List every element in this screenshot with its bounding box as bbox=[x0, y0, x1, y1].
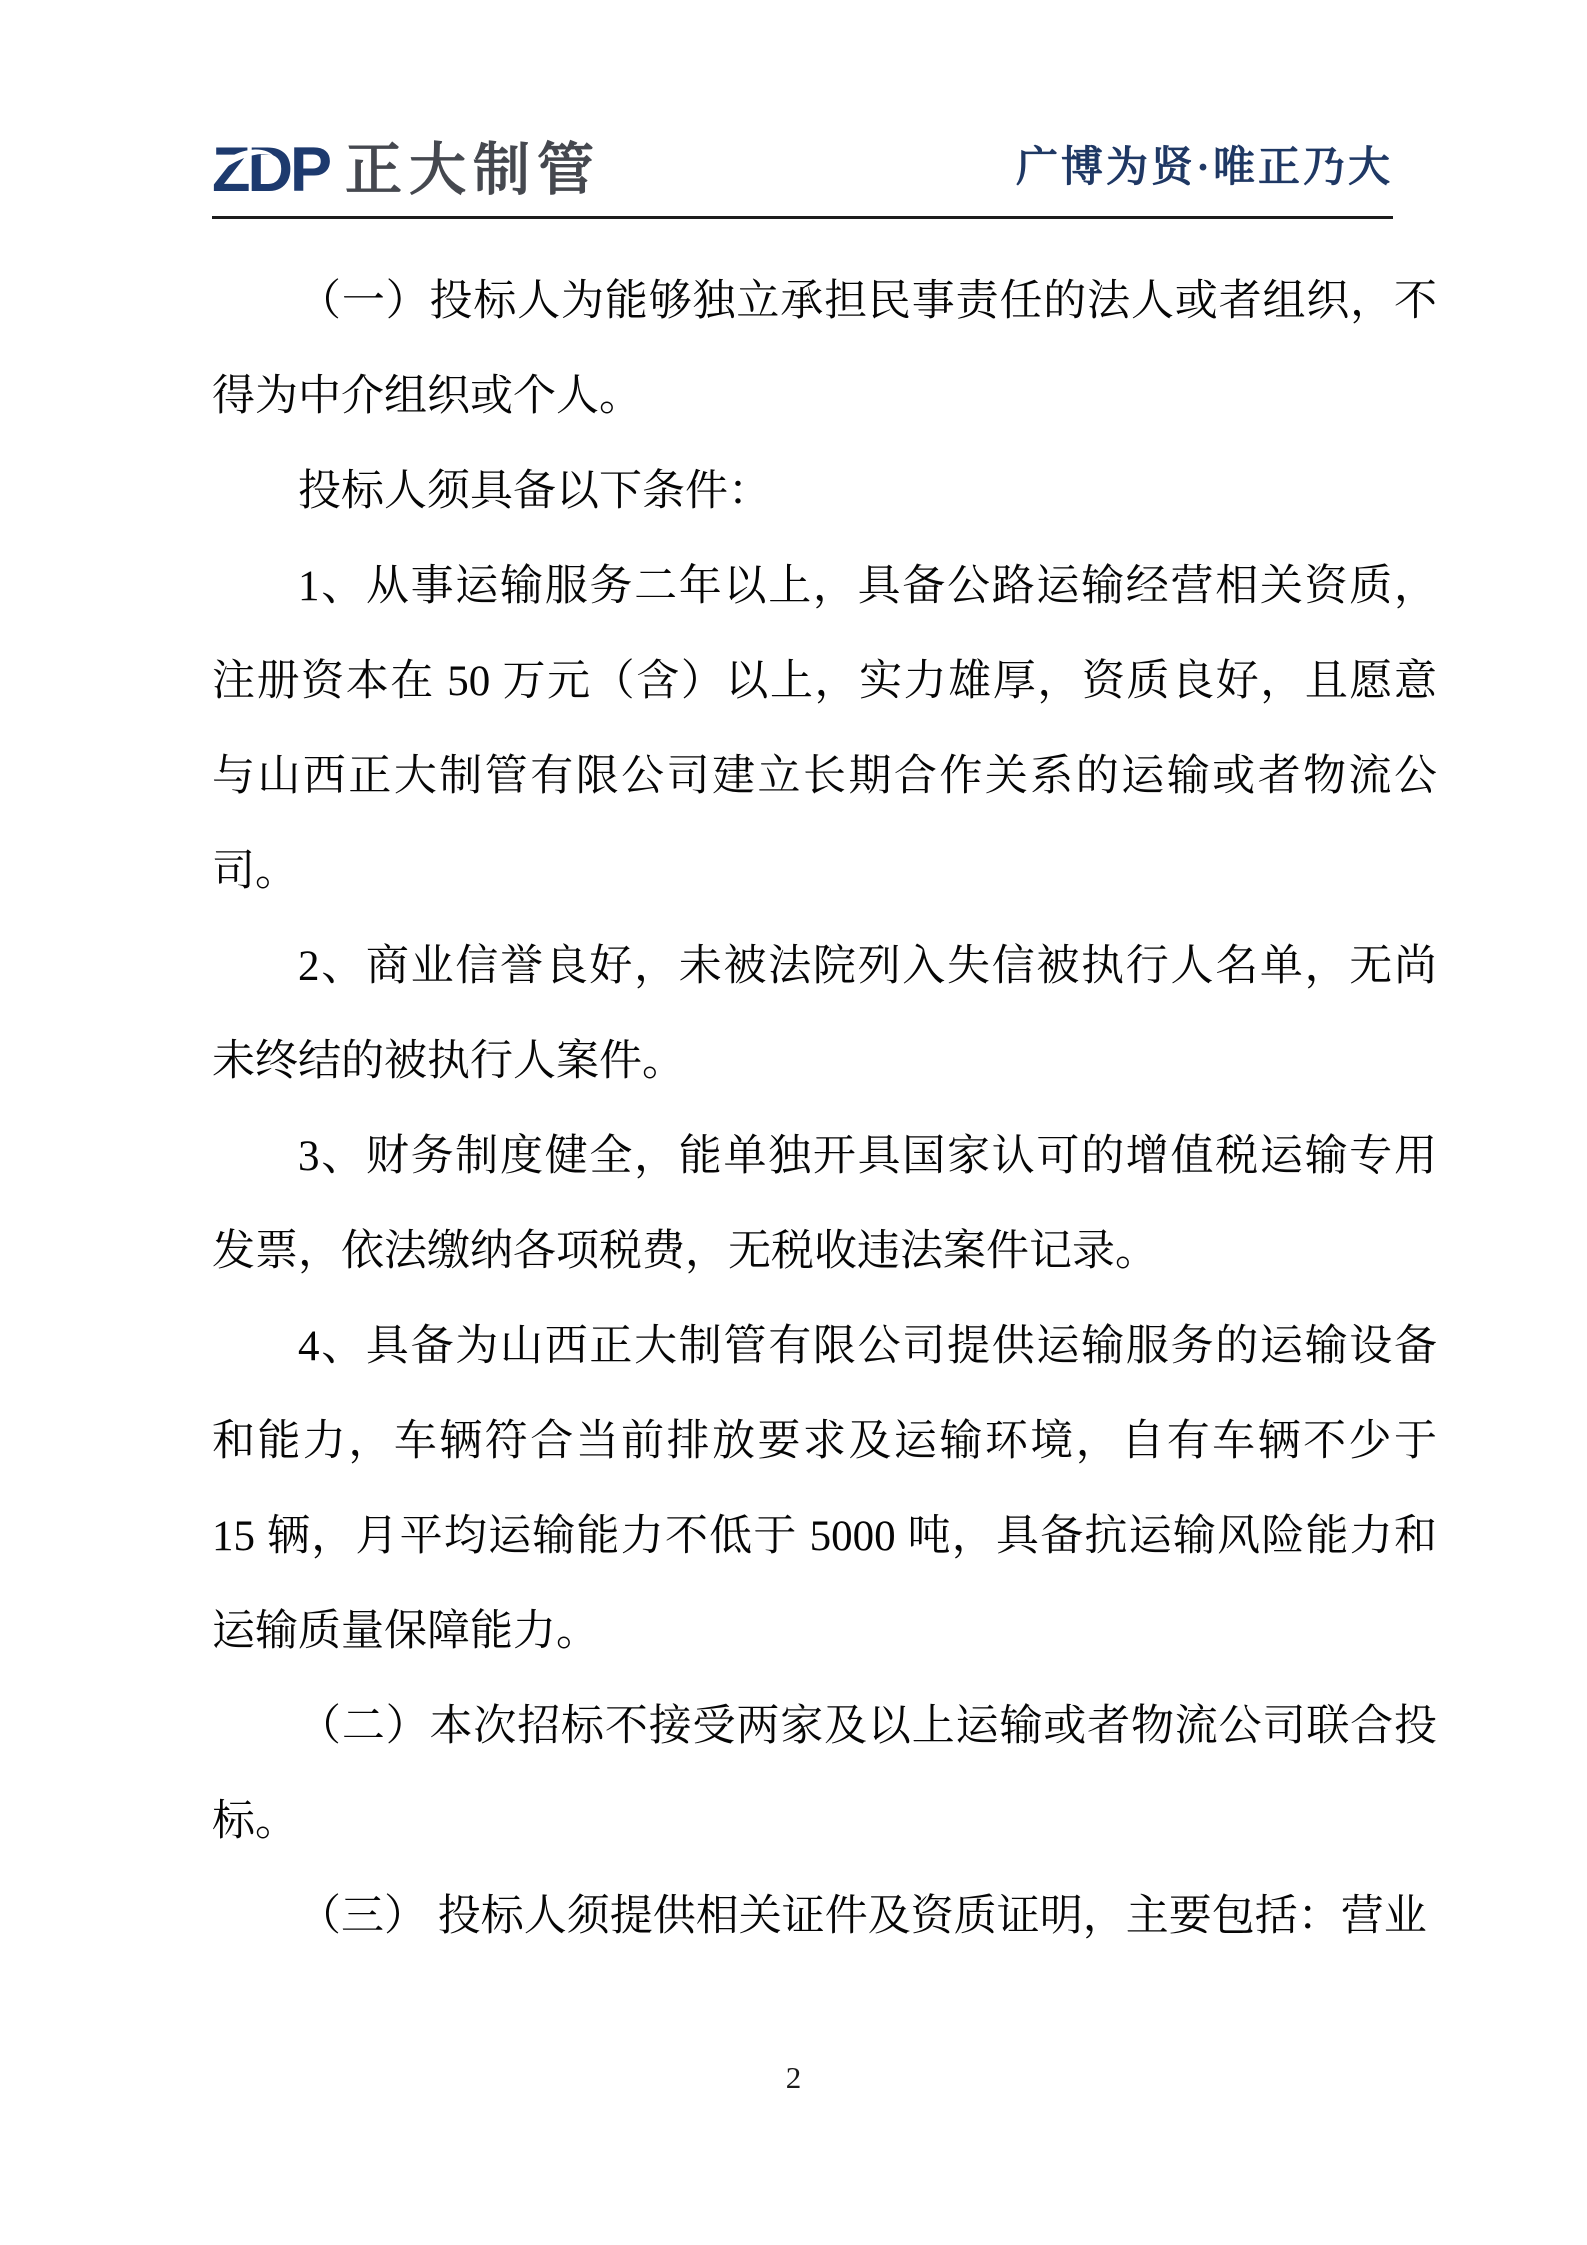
paragraph: 投标人须具备以下条件： bbox=[212, 444, 1437, 539]
text-line: 司。 bbox=[212, 824, 1437, 919]
text-line: 注册资本在 50 万元（含）以上，实力雄厚，资质良好，且愿意 bbox=[212, 634, 1437, 729]
text-line: （一）投标人为能够独立承担民事责任的法人或者组织，不 bbox=[212, 254, 1437, 349]
page-header: ZDP 正大制管 广博为贤·唯正乃大 bbox=[212, 134, 1393, 219]
company-logo: ZDP 正大制管 bbox=[212, 139, 601, 202]
paragraph: （三） 投标人须提供相关证件及资质证明，主要包括：营业 bbox=[212, 1869, 1437, 1964]
text-line: 3、财务制度健全，能单独开具国家认可的增值税运输专用 bbox=[212, 1109, 1437, 1204]
paragraph: （一）投标人为能够独立承担民事责任的法人或者组织，不得为中介组织或个人。 bbox=[212, 254, 1437, 444]
logo-mark: ZDP bbox=[212, 139, 329, 202]
text-line: 与山西正大制管有限公司建立长期合作关系的运输或者物流公 bbox=[212, 729, 1437, 824]
paragraph: 3、财务制度健全，能单独开具国家认可的增值税运输专用发票，依法缴纳各项税费，无税… bbox=[212, 1109, 1437, 1299]
text-line: 运输质量保障能力。 bbox=[212, 1584, 1437, 1679]
paragraph: （二）本次招标不接受两家及以上运输或者物流公司联合投标。 bbox=[212, 1679, 1437, 1869]
text-line: 得为中介组织或个人。 bbox=[212, 349, 1437, 444]
text-line: （二）本次招标不接受两家及以上运输或者物流公司联合投 bbox=[212, 1679, 1437, 1774]
logo-zdp-text: ZDP bbox=[212, 135, 329, 205]
text-line: 15 辆，月平均运输能力不低于 5000 吨，具备抗运输风险能力和 bbox=[212, 1489, 1437, 1584]
text-line: 投标人须具备以下条件： bbox=[212, 444, 1437, 539]
paragraph: 1、从事运输服务二年以上，具备公路运输经营相关资质，注册资本在 50 万元（含）… bbox=[212, 539, 1437, 919]
paragraph: 2、商业信誉良好，未被法院列入失信被执行人名单，无尚未终结的被执行人案件。 bbox=[212, 919, 1437, 1109]
text-line: 发票，依法缴纳各项税费，无税收违法案件记录。 bbox=[212, 1204, 1437, 1299]
text-line: 未终结的被执行人案件。 bbox=[212, 1014, 1437, 1109]
text-line: 2、商业信誉良好，未被法院列入失信被执行人名单，无尚 bbox=[212, 919, 1437, 1014]
page-root: { "page": { "width": 1587, "height": 224… bbox=[0, 0, 1587, 2245]
text-line: （三） 投标人须提供相关证件及资质证明，主要包括：营业 bbox=[212, 1869, 1437, 1964]
text-line: 4、具备为山西正大制管有限公司提供运输服务的运输设备 bbox=[212, 1299, 1437, 1394]
paragraph: 4、具备为山西正大制管有限公司提供运输服务的运输设备和能力，车辆符合当前排放要求… bbox=[212, 1299, 1437, 1679]
company-slogan: 广博为贤·唯正乃大 bbox=[1016, 134, 1393, 202]
text-line: 1、从事运输服务二年以上，具备公路运输经营相关资质， bbox=[212, 539, 1437, 634]
page-number: 2 bbox=[786, 2060, 802, 2095]
text-line: 标。 bbox=[212, 1774, 1437, 1869]
document-body: （一）投标人为能够独立承担民事责任的法人或者组织，不得为中介组织或个人。投标人须… bbox=[212, 254, 1437, 1964]
logo-company-name: 正大制管 bbox=[345, 142, 601, 199]
text-line: 和能力，车辆符合当前排放要求及运输环境，自有车辆不少于 bbox=[212, 1394, 1437, 1489]
